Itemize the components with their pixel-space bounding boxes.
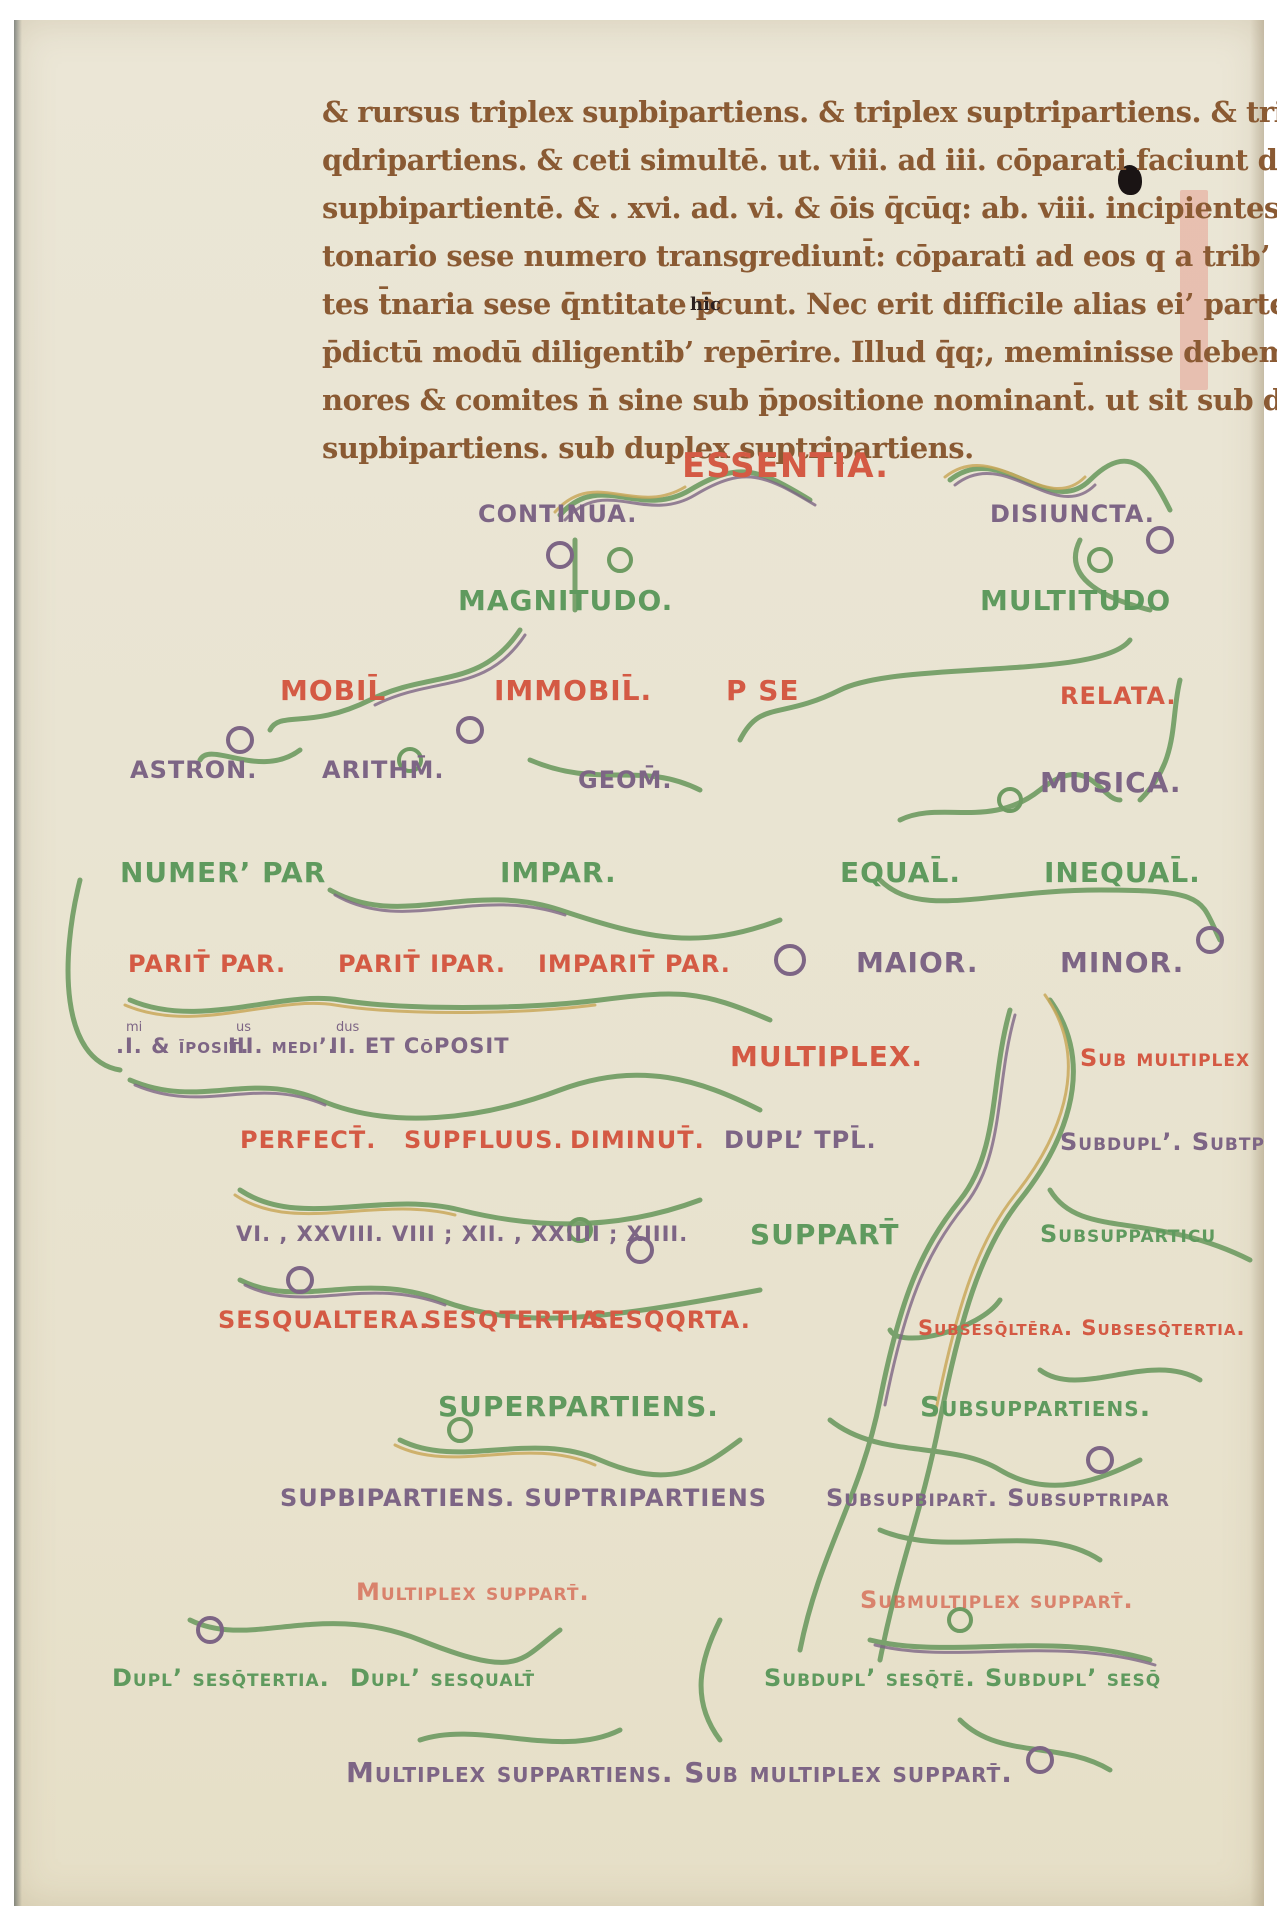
node-continua: CONTINUA. bbox=[478, 500, 637, 528]
node-subduplex-sesqui: Subdupl’ sesq̄tē. Subdupl’ sesq̄ bbox=[764, 1664, 1161, 1692]
node-medii: III. medi’. bbox=[228, 1034, 337, 1058]
gloss-dus: dus bbox=[336, 1020, 359, 1035]
node-sesquiquarta: SESQQRTA. bbox=[590, 1306, 751, 1334]
node-subsuperbipartiens: Subsupbipart̄. Subsuptripar bbox=[826, 1484, 1170, 1512]
node-superpartiens: SUPERPARTIENS. bbox=[438, 1390, 719, 1423]
node-pariter-impar: PARIT̄ IPAR. bbox=[338, 950, 506, 978]
node-per-se: P SE bbox=[726, 674, 800, 707]
node-superparticularis: SUPPART̄ bbox=[750, 1218, 899, 1251]
node-multiplex: MULTIPLEX. bbox=[730, 1040, 923, 1073]
node-impariter-par: IMPARIT̄ PAR. bbox=[538, 950, 731, 978]
node-minor: MINOR. bbox=[1060, 946, 1184, 979]
node-submultiplex-superparticularis: Submultiplex suppart̄. bbox=[860, 1586, 1134, 1614]
node-maior: MAIOR. bbox=[856, 946, 978, 979]
node-duplex-triplex: DUPL’ TPL̄. bbox=[724, 1126, 877, 1154]
node-perfectus: PERFECT̄. bbox=[240, 1126, 376, 1154]
node-mobil: MOBIL̄ bbox=[280, 674, 386, 707]
node-duplex-sesquialter: Dupl’ sesqualt̄ bbox=[350, 1664, 535, 1692]
node-equalis: EQUAL̄. bbox=[840, 856, 961, 889]
node-sesquialtera: SESQUALTERA. bbox=[218, 1306, 429, 1334]
node-pariter-par: PARIT̄ PAR. bbox=[128, 950, 286, 978]
tree-diagram: ESSENTIA. CONTINUA. DISIUNCTA. MAGNITUDO… bbox=[0, 0, 1277, 1906]
node-astronomia: ASTRON. bbox=[130, 756, 257, 784]
node-disiuncta: DISIUNCTA. bbox=[990, 500, 1155, 528]
node-arithmetica: ARITHM̄. bbox=[322, 756, 444, 784]
node-secundi-compositi: II. ET CōPOSIT bbox=[330, 1034, 510, 1058]
node-subsesqui: Subsesq̄ltēra. Subsesq̄tertia. bbox=[918, 1316, 1245, 1340]
node-diminutus: DIMINUT̄. bbox=[570, 1126, 705, 1154]
node-magnitudo: MAGNITUDO. bbox=[458, 584, 673, 617]
node-relata: RELATA. bbox=[1060, 682, 1177, 710]
gloss-us: us bbox=[236, 1020, 251, 1035]
node-numerus-par: NUMER’ PAR bbox=[120, 856, 326, 889]
node-example-numbers: VI. , XXVIII. VIII ; XII. , XXIIII ; XII… bbox=[236, 1222, 688, 1246]
node-impar: IMPAR. bbox=[500, 856, 617, 889]
node-inequalis: INEQUAL̄. bbox=[1044, 856, 1201, 889]
node-subsuperparticularis: Subsupparticu bbox=[1040, 1220, 1216, 1248]
node-duplex-sesquitertius: Dupl’ sesq̄tertia. bbox=[112, 1664, 330, 1692]
node-multitudo: MULTITUDO bbox=[980, 584, 1171, 617]
node-superfluus: SUPFLUUS. bbox=[404, 1126, 564, 1154]
node-superbipartiens: SUPBIPARTIENS. SUPTRIPARTIENS bbox=[280, 1484, 767, 1512]
node-multiplex-superpartiens: Multiplex suppartiens. Sub multiplex sup… bbox=[346, 1756, 1013, 1789]
node-subduplex: Subdupl’. Subtp bbox=[1060, 1128, 1265, 1156]
node-musica: MUSICA. bbox=[1040, 766, 1182, 799]
node-submultiplex: Sub multiplex bbox=[1080, 1044, 1250, 1072]
node-multiplex-superparticularis: Multiplex suppart̄. bbox=[356, 1578, 590, 1606]
gloss-mi: mi bbox=[126, 1020, 142, 1035]
node-subsuperpartiens: Subsuppartiens. bbox=[920, 1390, 1151, 1423]
node-immobil: IMMOBIL̄. bbox=[494, 674, 652, 707]
node-essentia: ESSENTIA. bbox=[682, 446, 889, 486]
node-geometria: GEOM̄. bbox=[578, 766, 673, 794]
node-sesquitertia: SESQTERTIA. bbox=[424, 1306, 610, 1334]
